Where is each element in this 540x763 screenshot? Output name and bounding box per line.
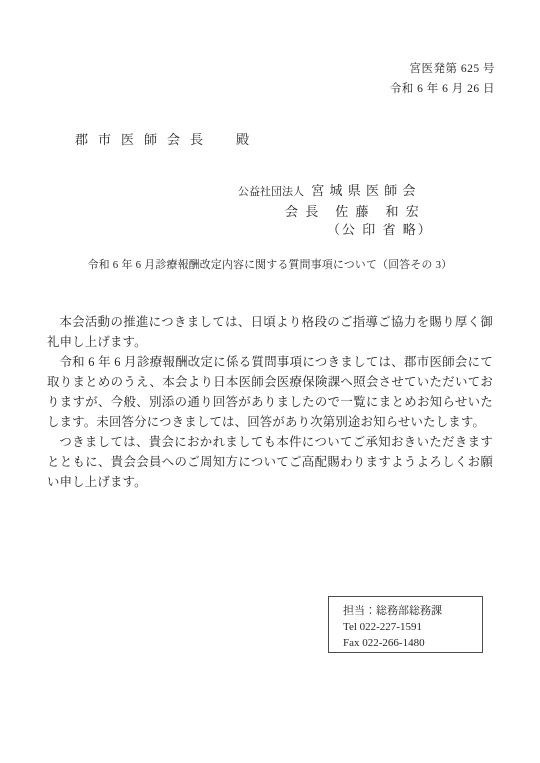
addressee: 郡市医師会長 殿 [75, 129, 259, 148]
document-date: 令和 6 年 6 月 26 日 [390, 80, 495, 100]
contact-department: 担当：総務部総務課 [343, 603, 482, 619]
sender-corporate-type: 公益社団法人 [238, 186, 304, 198]
document-meta: 宮医発第 625 号 令和 6 年 6 月 26 日 [390, 60, 495, 99]
document-number: 宮医発第 625 号 [390, 60, 495, 80]
body-paragraph-closing: つきましては、貴会におかれましても本件についてご承知おきいただきますとともに、貴… [47, 432, 493, 492]
sender-organization: 宮 城 県 医 師 会 [311, 183, 416, 198]
contact-tel: Tel 022-227-1591 [343, 619, 482, 635]
body-paragraph-greeting: 本会活動の推進につきましては、日頃より格段のご指導ご協力を賜り厚く御礼申し上げま… [47, 312, 493, 352]
body-paragraph-main: 令和 6 年 6 月診療報酬改定に係る質問事項につきましては、郡市医師会にて取り… [47, 352, 493, 432]
letter-body: 本会活動の推進につきましては、日頃より格段のご指導ご協力を賜り厚く御礼申し上げま… [47, 312, 493, 492]
contact-box: 担当：総務部総務課 Tel 022-227-1591 Fax 022-266-1… [328, 596, 483, 653]
sender-organization-line: 公益社団法人 宮 城 県 医 師 会 [238, 180, 417, 199]
contact-fax: Fax 022-266-1480 [343, 635, 482, 651]
document-page: 宮医発第 625 号 令和 6 年 6 月 26 日 郡市医師会長 殿 公益社団… [0, 0, 540, 763]
sender-seal-note: （公 印 省 略） [327, 219, 433, 238]
subject-line: 令和 6 年 6 月診療報酬改定内容に関する質問事項について（回答その 3） [0, 257, 540, 272]
sender-president-name: 会 長 佐 藤 和 宏 [285, 201, 421, 220]
